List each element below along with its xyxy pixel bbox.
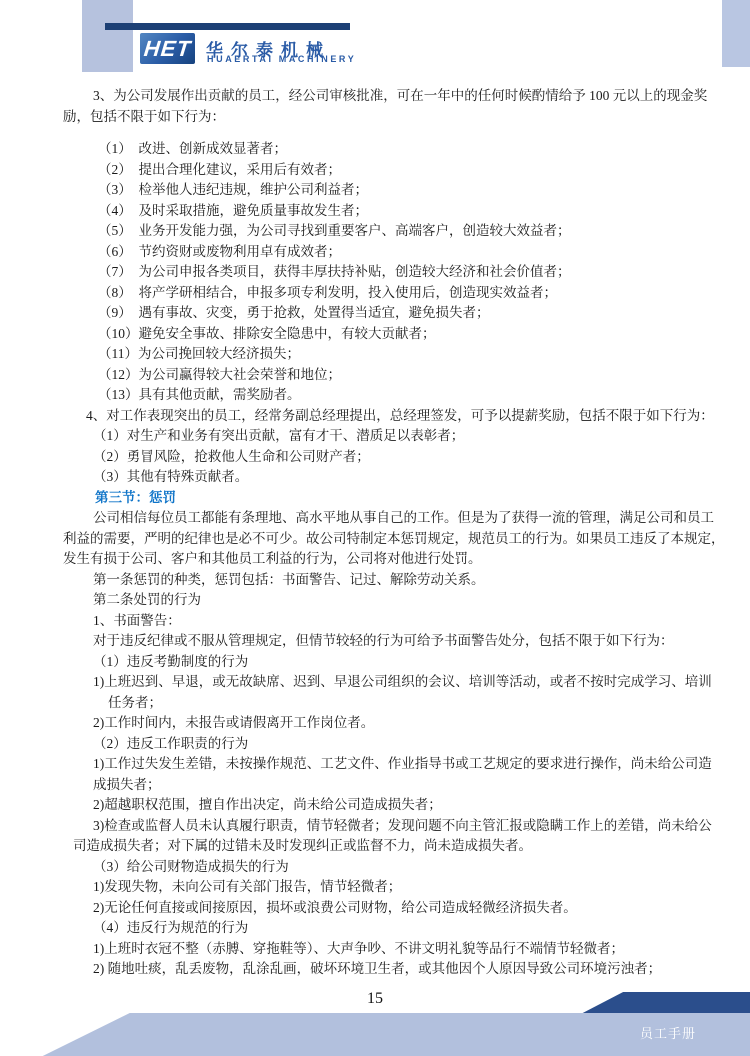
text-line: （2）勇冒风险，抢救他人生命和公司财产者； xyxy=(93,447,723,468)
text-line: （12）为公司赢得较大社会荣誉和地位； xyxy=(98,365,723,386)
text-line: （9） 遇有事故、灾变，勇于抢救，处置得当适宜，避免损失者； xyxy=(98,303,723,324)
text-line: 公司相信每位员工都能有条理地、高水平地从事自己的工作。但是为了获得一流的管理，满… xyxy=(93,508,723,529)
text-line: （7） 为公司申报各类项目，获得丰厚扶持补贴，创造较大经济和社会价值者； xyxy=(98,262,723,283)
text-line: 司造成损失者；对下属的过错未及时发现纠正或监督不力，尚未造成损失者。 xyxy=(73,836,723,857)
text-line: 2)无论任何直接或间接原因，损坏或浪费公司财物，给公司造成轻微经济损失者。 xyxy=(93,898,723,919)
text-line: 第一条惩罚的种类，惩罚包括：书面警告、记过、解除劳动关系。 xyxy=(93,570,723,591)
text-line: （11）为公司挽回较大经济损失； xyxy=(98,344,723,365)
text-line: 1)工作过失发生差错，未按操作规范、工艺文件、作业指导书或工艺规定的要求进行操作… xyxy=(93,754,723,775)
text-line: 利益的需要，严明的纪律也是必不可少。故公司特制定本惩罚规定，规范员工的行为。如果… xyxy=(63,529,723,550)
text-line: （1）对生产和业务有突出贡献，富有才干、潜质足以表彰者； xyxy=(93,426,723,447)
text-line: （3）给公司财物造成损失的行为 xyxy=(93,857,723,878)
company-logo: HET xyxy=(140,33,195,64)
text-line: 任务者； xyxy=(108,693,723,714)
footer-handbook-label: 员工手册 xyxy=(640,1023,700,1042)
logo-het-icon: HET xyxy=(143,38,192,60)
header-right-accent-rect xyxy=(722,0,750,67)
text-line: 3)检查或监督人员未认真履行职责，情节轻微者；发现问题不向主管汇报或隐瞒工作上的… xyxy=(93,816,723,837)
text-line: （3）其他有特殊贡献者。 xyxy=(93,467,723,488)
text-line: （4） 及时采取措施，避免质量事故发生者； xyxy=(98,201,723,222)
text-line: （1） 改进、创新成效显著者； xyxy=(98,139,723,160)
header-rule-bar xyxy=(105,23,350,30)
text-line: （10）避免安全事故、排除安全隐患中，有较大贡献者； xyxy=(98,324,723,345)
text-line: （8） 将产学研相结合，申报多项专利发明，投入使用后，创造现实效益者； xyxy=(98,283,723,304)
text-line: （2）违反工作职责的行为 xyxy=(93,734,723,755)
text-line: 成损失者； xyxy=(93,775,723,796)
text-line: 1)发现失物，未向公司有关部门报告，情节轻微者； xyxy=(93,877,723,898)
text-line: （5） 业务开发能力强，为公司寻找到重要客户、高端客户，创造较大效益者； xyxy=(98,221,723,242)
text-line: 2) 随地吐痰，乱丢废物，乱涂乱画，破坏环境卫生者，或其他因个人原因导致公司环境… xyxy=(93,959,723,980)
text-line: （2） 提出合理化建议，采用后有效者； xyxy=(98,160,723,181)
text-line: （1）违反考勤制度的行为 xyxy=(93,652,723,673)
text-line: 4、对工作表现突出的员工，经常务副总经理提出，总经理签发，可予以提薪奖励，包括不… xyxy=(86,406,723,427)
text-line: （4）违反行为规范的行为 xyxy=(93,918,723,939)
header-left-accent-rect xyxy=(82,0,133,72)
text-line: （6） 节约资财或废物利用卓有成效者； xyxy=(98,242,723,263)
text-line: 1)上班迟到、早退，或无故缺席、迟到、早退公司组织的会议、培训等活动，或者不按时… xyxy=(93,672,723,693)
text-line: 2)工作时间内，未报告或请假离开工作岗位者。 xyxy=(93,713,723,734)
document-page: HET 华尔泰机械 HUAERTAI MACHINERY 3、为公司发展作出贡献… xyxy=(0,0,750,1056)
text-line: 1、书面警告： xyxy=(93,611,723,632)
text-line: 对于违反纪律或不服从管理规定，但情节较轻的行为可给予书面警告处分，包括不限于如下… xyxy=(93,631,723,652)
company-name-en: HUAERTAI MACHINERY xyxy=(207,54,356,64)
text-line: 发生有损于公司、客户和其他员工利益的行为，公司将对他进行处罚。 xyxy=(63,549,723,570)
text-line: （13）具有其他贡献，需奖励者。 xyxy=(98,385,723,406)
text-line: （3） 检举他人违纪违规，维护公司利益者； xyxy=(98,180,723,201)
text-line: 1)上班时衣冠不整（赤膊、穿拖鞋等）、大声争吵、不讲文明礼貌等品行不端情节轻微者… xyxy=(93,939,723,960)
text-line: 3、为公司发展作出贡献的员工，经公司审核批准，可在一年中的任何时候酌情给予 10… xyxy=(93,86,723,107)
text-line: 第二条处罚的行为 xyxy=(93,590,723,611)
text-line: 2)超越职权范围，擅自作出决定，尚未给公司造成损失者； xyxy=(93,795,723,816)
text-line: 励，包括不限于如下行为： xyxy=(63,107,723,128)
section-heading: 第三节：惩罚 xyxy=(95,488,723,509)
footer-light-band xyxy=(0,1013,750,1056)
body-text: 3、为公司发展作出贡献的员工，经公司审核批准，可在一年中的任何时候酌情给予 10… xyxy=(63,86,723,980)
